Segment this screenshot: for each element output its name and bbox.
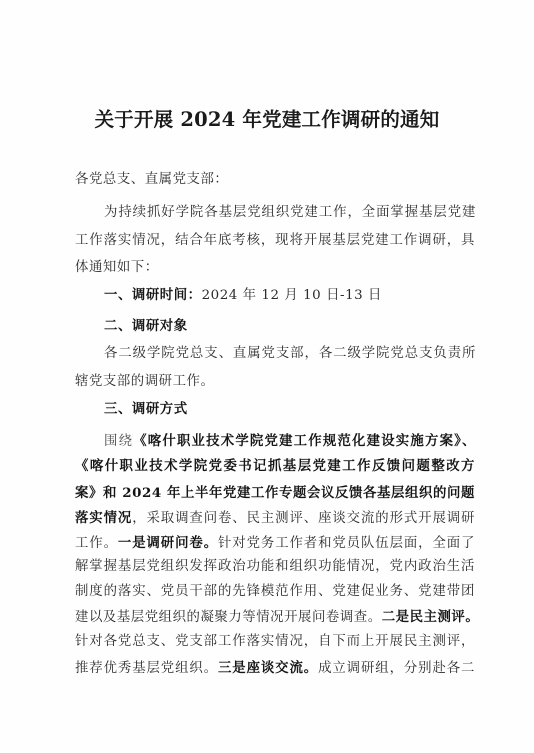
body-text: 为持续抓好学院各基层党组织党建工作，全面掌握基层党建 <box>104 205 476 220</box>
emphasized-text: 《喀什职业技术学院党建工作规范化建设实施方案》、 <box>133 433 476 449</box>
document-line: 推荐优秀基层党组织。三是座谈交流。成立调研组，分别赴各二 <box>75 656 475 680</box>
body-text: 制度的落实、党员干部的先锋模范作用、党建促业务、党建带团 <box>75 584 475 599</box>
document-line: 解掌握基层党组织发挥政治功能和组织功能情况，党内政治生活 <box>75 555 475 579</box>
document-line: 针对各党总支、党支部工作落实情况，自下而上开展民主测评， <box>75 630 475 654</box>
emphasized-text: 二是民主测评。 <box>382 609 480 625</box>
section-heading: 一、调研时间： <box>104 288 202 303</box>
emphasized-text: 落实情况 <box>75 510 132 526</box>
body-text: ，采取调查问卷、民主测评、座谈交流的形式开展调研 <box>132 511 475 526</box>
emphasized-text: 案》和 2024 年上半年党建工作专题会议反馈各基层组织的问题 <box>75 485 475 501</box>
document-line: 为持续抓好学院各基层党组织党建工作，全面掌握基层党建 <box>104 201 476 225</box>
body-text: 工作落实情况，结合年底考核，现将开展基层党建工作调研，具 <box>75 233 475 248</box>
body-text: 针对各党总支、党支部工作落实情况，自下而上开展民主测评， <box>75 634 475 649</box>
document-line: 辖党支部的调研工作。 <box>75 370 475 394</box>
body-text: 2024 年 12 月 10 日-13 日 <box>202 288 382 303</box>
emphasized-text: 三是座谈交流。 <box>218 660 318 676</box>
body-text: 工作。 <box>75 536 118 551</box>
body-text: 推荐优秀基层党组织。 <box>75 661 218 676</box>
section-heading: 二、调研对象 <box>104 319 188 334</box>
document-page: 关于开展 2024 年党建工作调研的通知 各党总支、直属党支部：为持续抓好学院各… <box>0 0 534 753</box>
document-line: 围绕《喀什职业技术学院党建工作规范化建设实施方案》、 <box>104 429 476 453</box>
body-text: 围绕 <box>104 434 133 449</box>
emphasized-text: 一是调研问卷。 <box>118 535 218 551</box>
document-title: 关于开展 2024 年党建工作调研的通知 <box>0 106 534 134</box>
document-line: 《喀什职业技术学院党委书记抓基层党建工作反馈问题整改方 <box>75 454 475 478</box>
body-text: 各二级学院党总支、直属党支部，各二级学院党总支负责所 <box>104 346 476 361</box>
section-heading: 三、调研方式 <box>104 402 188 417</box>
body-text: 建以及基层党组织的凝聚力等情况开展问卷调查。 <box>75 610 382 625</box>
document-line: 三、调研方式 <box>104 398 476 422</box>
body-text: 辖党支部的调研工作。 <box>75 374 214 389</box>
body-text: 成立调研组，分别赴各二 <box>318 661 475 676</box>
body-text: 解掌握基层党组织发挥政治功能和组织功能情况，党内政治生活 <box>75 559 475 574</box>
document-line: 各二级学院党总支、直属党支部，各二级学院党总支负责所 <box>104 342 476 366</box>
document-line: 工作。一是调研问卷。针对党务工作者和党员队伍层面，全面了 <box>75 531 475 555</box>
document-line: 工作落实情况，结合年底考核，现将开展基层党建工作调研，具 <box>75 229 475 253</box>
body-text: 各党总支、直属党支部： <box>75 172 228 187</box>
body-text: 体通知如下： <box>75 260 159 275</box>
document-line: 体通知如下： <box>75 256 475 280</box>
document-line: 案》和 2024 年上半年党建工作专题会议反馈各基层组织的问题 <box>75 481 475 505</box>
document-line: 各党总支、直属党支部： <box>75 168 475 192</box>
document-line: 二、调研对象 <box>104 315 476 339</box>
document-line: 制度的落实、党员干部的先锋模范作用、党建促业务、党建带团 <box>75 580 475 604</box>
document-line: 一、调研时间：2024 年 12 月 10 日-13 日 <box>104 284 476 308</box>
emphasized-text: 《喀什职业技术学院党委书记抓基层党建工作反馈问题整改方 <box>75 458 475 474</box>
body-text: 针对党务工作者和党员队伍层面，全面了 <box>218 536 475 551</box>
document-line: 建以及基层党组织的凝聚力等情况开展问卷调查。二是民主测评。 <box>75 605 475 629</box>
document-line: 落实情况，采取调查问卷、民主测评、座谈交流的形式开展调研 <box>75 506 475 530</box>
